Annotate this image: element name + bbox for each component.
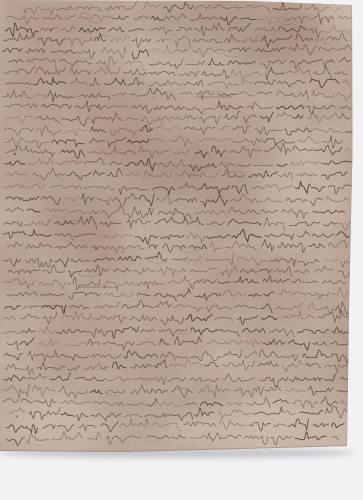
letter-scan-svg bbox=[0, 0, 363, 500]
letter-scan: Scan of a single page of an aged handwri… bbox=[0, 0, 363, 500]
paper-sheet bbox=[0, 0, 363, 460]
paper-grain bbox=[0, 0, 354, 454]
